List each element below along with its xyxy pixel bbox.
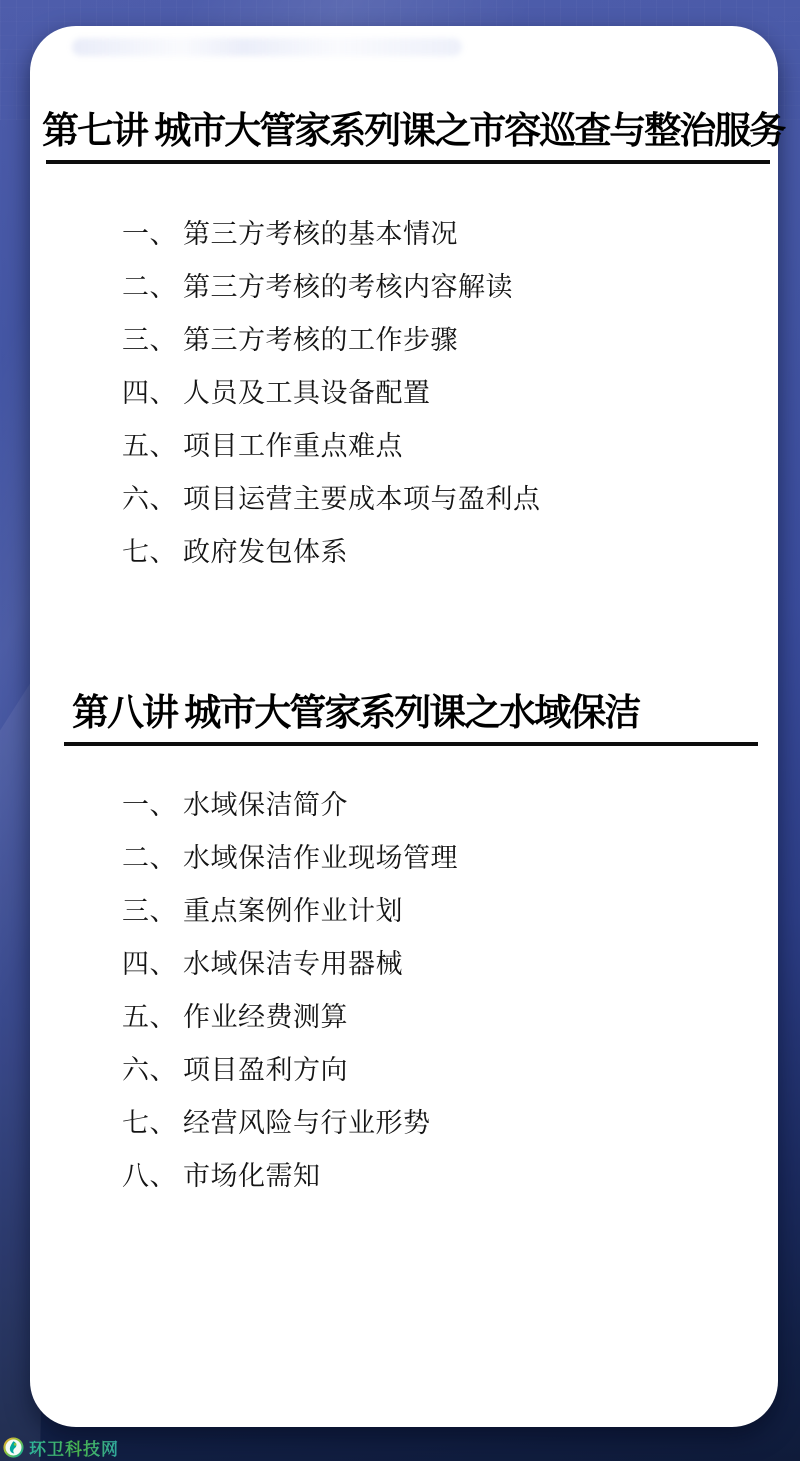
item-text: 水域保洁专用器械	[183, 942, 403, 981]
site-watermark-label: 环卫科技网	[29, 1435, 119, 1460]
content-card: 第七讲 城市大管家系列课之市容巡查与整治服务 一、 第三方考核的基本情况 二、 …	[30, 26, 778, 1427]
item-number: 五、	[122, 995, 177, 1034]
list-item: 五、 项目工作重点难点	[122, 417, 778, 470]
item-number: 五、	[122, 424, 177, 463]
item-text: 水域保洁简介	[183, 783, 348, 822]
faint-watermark-smudge	[72, 38, 462, 56]
title-underline	[46, 160, 770, 164]
item-text: 人员及工具设备配置	[183, 371, 431, 410]
item-text: 经营风险与行业形势	[183, 1101, 431, 1140]
item-number: 七、	[122, 1101, 177, 1140]
item-number: 三、	[122, 318, 177, 357]
item-number: 一、	[122, 783, 177, 822]
list-item: 四、 人员及工具设备配置	[122, 364, 778, 417]
section-lecture-7: 第七讲 城市大管家系列课之市容巡查与整治服务 一、 第三方考核的基本情况 二、 …	[30, 26, 778, 576]
section-lecture-8: 第八讲 城市大管家系列课之水域保洁 一、 水域保洁简介 二、 水域保洁作业现场管…	[30, 576, 778, 1200]
item-number: 二、	[122, 265, 177, 304]
item-number: 六、	[122, 477, 177, 516]
list-item: 八、 市场化需知	[122, 1147, 778, 1200]
item-text: 项目运营主要成本项与盈利点	[183, 477, 541, 516]
item-text: 市场化需知	[183, 1154, 321, 1193]
item-number: 一、	[122, 212, 177, 251]
item-text: 项目盈利方向	[183, 1048, 348, 1087]
item-text: 项目工作重点难点	[183, 424, 403, 463]
item-text: 第三方考核的考核内容解读	[183, 265, 513, 304]
item-number: 四、	[122, 942, 177, 981]
list-item: 四、 水域保洁专用器械	[122, 935, 778, 988]
item-number: 六、	[122, 1048, 177, 1087]
list-item: 三、 第三方考核的工作步骤	[122, 311, 778, 364]
item-number: 四、	[122, 371, 177, 410]
toc-list-lecture-7: 一、 第三方考核的基本情况 二、 第三方考核的考核内容解读 三、 第三方考核的工…	[122, 205, 778, 576]
toc-list-lecture-8: 一、 水域保洁简介 二、 水域保洁作业现场管理 三、 重点案例作业计划 四、 水…	[122, 776, 778, 1200]
item-number: 三、	[122, 889, 177, 928]
list-item: 二、 水域保洁作业现场管理	[122, 829, 778, 882]
item-text: 重点案例作业计划	[183, 889, 403, 928]
list-item: 一、 水域保洁简介	[122, 776, 778, 829]
item-text: 第三方考核的基本情况	[183, 212, 458, 251]
poster-background: 第七讲 城市大管家系列课之市容巡查与整治服务 一、 第三方考核的基本情况 二、 …	[0, 0, 800, 1461]
section-title-lecture-8: 第八讲 城市大管家系列课之水域保洁	[30, 576, 778, 736]
item-number: 八、	[122, 1154, 177, 1193]
item-number: 二、	[122, 836, 177, 875]
list-item: 五、 作业经费测算	[122, 988, 778, 1041]
list-item: 三、 重点案例作业计划	[122, 882, 778, 935]
item-number: 七、	[122, 530, 177, 569]
list-item: 二、 第三方考核的考核内容解读	[122, 258, 778, 311]
list-item: 六、 项目盈利方向	[122, 1041, 778, 1094]
item-text: 第三方考核的工作步骤	[183, 318, 458, 357]
item-text: 政府发包体系	[183, 530, 348, 569]
list-item: 一、 第三方考核的基本情况	[122, 205, 778, 258]
list-item: 六、 项目运营主要成本项与盈利点	[122, 470, 778, 523]
item-text: 水域保洁作业现场管理	[183, 836, 458, 875]
site-watermark: 环卫科技网	[3, 1435, 119, 1459]
eco-swirl-icon	[3, 1437, 24, 1458]
title-underline	[64, 742, 758, 746]
list-item: 七、 经营风险与行业形势	[122, 1094, 778, 1147]
item-text: 作业经费测算	[183, 995, 348, 1034]
list-item: 七、 政府发包体系	[122, 523, 778, 576]
